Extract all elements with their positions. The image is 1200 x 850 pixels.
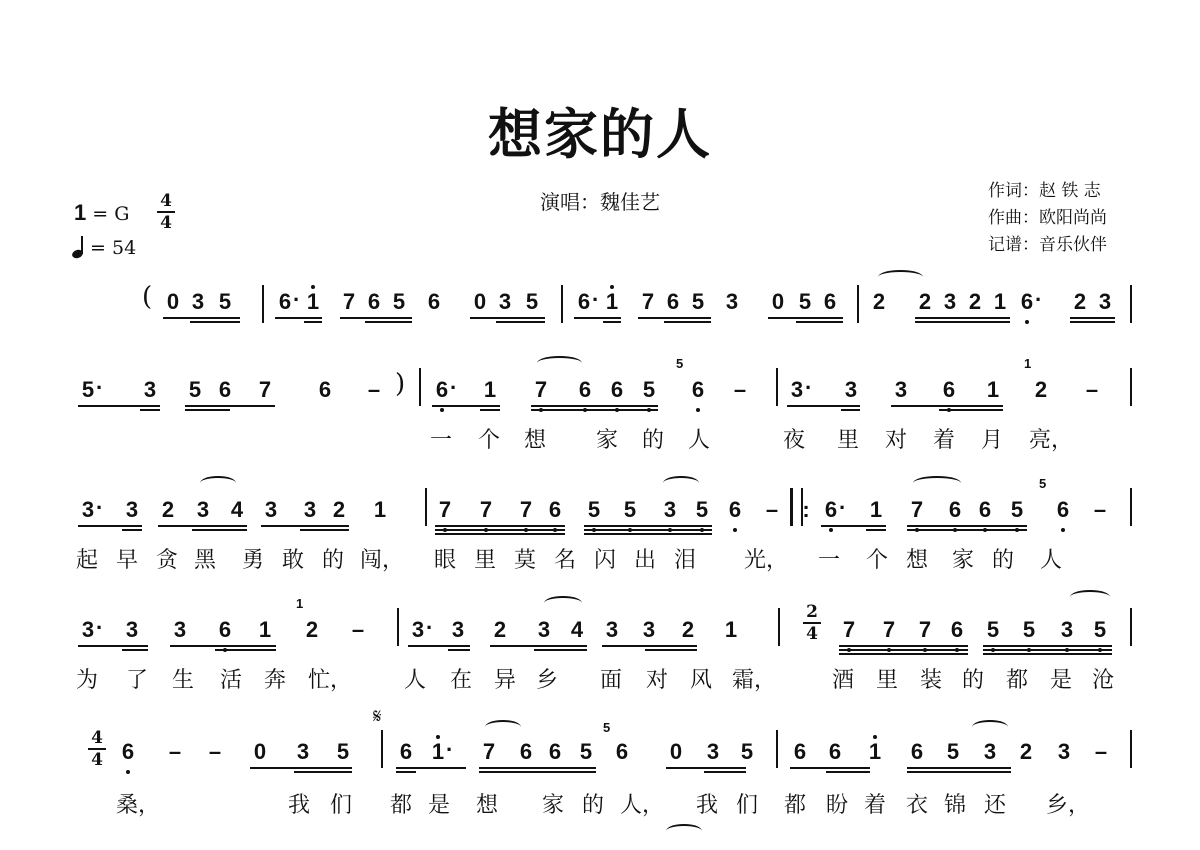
note: 6 [822, 290, 838, 314]
grace-note: 1 [1024, 356, 1031, 371]
lyric-char: 的 [642, 428, 664, 454]
note: 2 [331, 498, 347, 522]
underline-beam [907, 767, 1011, 769]
lyric-char: 活 [220, 668, 242, 694]
underline-beam [584, 525, 712, 527]
note: 7 [341, 290, 357, 314]
barline [776, 730, 778, 768]
underline-beam [396, 767, 466, 769]
underline-beam [839, 645, 968, 647]
grace-note: 5 [1039, 476, 1046, 491]
underline-beam [294, 771, 352, 773]
underline-beam [839, 649, 968, 651]
lyric-char: 面 [600, 668, 622, 694]
barline [1130, 285, 1132, 323]
underline-beam [839, 653, 968, 655]
underline-beam [1070, 321, 1115, 323]
augmentation-dot: · [839, 496, 846, 520]
underline-beam [939, 409, 1003, 411]
low-octave-dot [440, 408, 444, 412]
barline [262, 285, 264, 323]
slur [200, 476, 236, 490]
note: 2 [304, 618, 320, 642]
underline-beam [300, 529, 349, 531]
note: 0 [668, 740, 684, 764]
lyric-char: 家 [542, 793, 564, 819]
note: 6 [609, 378, 625, 402]
underline-beam [158, 525, 247, 527]
note: 7 [481, 740, 497, 764]
underline-beam [584, 533, 712, 535]
underline-beam [78, 645, 148, 647]
underline-beam [408, 645, 470, 647]
note: 6 [1055, 498, 1071, 522]
time-sig-bottom: 4 [806, 624, 818, 644]
lyric-char: 勇 [242, 548, 264, 574]
note: 0 [770, 290, 786, 314]
barline [397, 608, 399, 646]
note: 6 [547, 740, 563, 764]
barline [561, 285, 563, 323]
low-octave-dot [829, 528, 833, 532]
lyric-char: 里 [474, 548, 496, 574]
augmentation-dot: · [96, 496, 103, 520]
note: 3 [724, 290, 740, 314]
lyric-char: 亮， [1029, 428, 1073, 454]
note: 0 [472, 290, 488, 314]
lyricist-credit: 作词：赵 铁 志 [988, 178, 1107, 205]
barline [776, 368, 778, 406]
underline-beam [603, 321, 621, 323]
note: 6 [217, 618, 233, 642]
underline-beam [215, 649, 276, 651]
note: 1 [868, 498, 884, 522]
note: 3· [80, 618, 96, 642]
underline-beam [490, 645, 587, 647]
underline-beam [340, 317, 412, 319]
note: 5 [391, 290, 407, 314]
time-sig-top: 4 [160, 191, 172, 211]
note: 6 [947, 498, 963, 522]
note: 1 [985, 378, 1001, 402]
paren-open: ( [142, 282, 152, 312]
lyric-char: 想 [476, 793, 498, 819]
underline-beam [796, 321, 843, 323]
note: 6· [1019, 290, 1035, 314]
key-value: = G [86, 203, 129, 225]
note: 7 [518, 498, 534, 522]
note: 5 [797, 290, 813, 314]
high-octave-dot [436, 735, 440, 739]
lyric-char: 衣 [906, 793, 928, 819]
note: 3 [190, 290, 206, 314]
note: 5 [945, 740, 961, 764]
underline-beam [915, 317, 1010, 319]
note: 5 [578, 740, 594, 764]
note: 3 [843, 378, 859, 402]
slur [878, 270, 923, 284]
lyric-char: 眼 [434, 548, 456, 574]
note: 6 [792, 740, 808, 764]
underline-beam [787, 405, 860, 407]
time-signature: 4 4 [157, 192, 175, 232]
lyric-char: 对 [646, 668, 668, 694]
lyric-char: 都 [784, 793, 806, 819]
note: 6 [690, 378, 706, 402]
time-sig-top: 4 [91, 728, 103, 748]
time-signature-change: 24 [803, 603, 821, 643]
low-octave-dot [733, 528, 737, 532]
note: 3 [1059, 618, 1075, 642]
tempo-value: = 54 [84, 237, 136, 259]
lyric-char: 黑 [194, 548, 216, 574]
underline-beam [664, 321, 711, 323]
lyric-char: 莫 [514, 548, 536, 574]
grace-note: 5 [676, 356, 683, 371]
lyric-char: 为 [76, 668, 98, 694]
lyric-char: 还 [984, 793, 1006, 819]
note: – [350, 618, 366, 642]
note: 3· [789, 378, 805, 402]
note: 6 [665, 290, 681, 314]
underline-beam [704, 771, 746, 773]
lyric-char: 夜 [783, 428, 805, 454]
barline [1130, 488, 1132, 526]
barline [1130, 730, 1132, 768]
lyric-char: 风 [690, 668, 712, 694]
underline-beam [907, 525, 1027, 527]
low-octave-dot [1061, 528, 1065, 532]
underline-beam [531, 405, 658, 407]
note: – [764, 498, 780, 522]
lyric-char: 异 [494, 668, 516, 694]
lyric-char: 月 [981, 428, 1003, 454]
lyric-char: 酒 [832, 668, 854, 694]
note: 3 [893, 378, 909, 402]
grace-note: 5 [603, 720, 610, 735]
lyric-char: 早 [116, 548, 138, 574]
note: 6· [434, 378, 450, 402]
underline-beam [479, 771, 596, 773]
note: 7 [640, 290, 656, 314]
page-title: 想家的人 [0, 92, 1200, 169]
lyric-char: 闪 [594, 548, 616, 574]
augmentation-dot: · [450, 376, 457, 400]
note: 2 [1018, 740, 1034, 764]
lyric-char: 的 [582, 793, 604, 819]
transcriber-credit: 记谱：音乐伙伴 [988, 232, 1107, 259]
barline [425, 488, 427, 526]
note: 1 [257, 618, 273, 642]
time-sig-bottom: 4 [91, 750, 103, 770]
note: 7 [917, 618, 933, 642]
lyric-char: 想 [906, 548, 928, 574]
slur [913, 476, 961, 490]
lyric-char: 装 [920, 668, 942, 694]
note: 3 [172, 618, 188, 642]
note: – [366, 378, 382, 402]
lyric-char: 光， [744, 548, 788, 574]
note: 1 [372, 498, 388, 522]
lyric-char: 锦 [944, 793, 966, 819]
note: 1 [305, 290, 321, 314]
underline-beam [185, 405, 275, 407]
lyric-char: 家 [952, 548, 974, 574]
note: 3 [705, 740, 721, 764]
note: 3 [195, 498, 211, 522]
time-sig-bottom: 4 [160, 213, 172, 233]
note: 1 [992, 290, 1008, 314]
composer-credit: 作曲：欧阳尚尚 [988, 205, 1107, 232]
high-octave-dot [873, 735, 877, 739]
lyric-char: 们 [736, 793, 758, 819]
note: 6 [547, 498, 563, 522]
underline-beam [435, 533, 565, 535]
note: 3 [942, 290, 958, 314]
note: 5 [217, 290, 233, 314]
slur [1070, 590, 1110, 604]
lyric-char: 一 [430, 428, 452, 454]
underline-beam [78, 405, 160, 407]
underline-beam [122, 649, 148, 651]
lyric-char: 敢 [282, 548, 304, 574]
lyric-char: 家 [596, 428, 618, 454]
underline-beam [841, 409, 860, 411]
time-sig-top: 2 [806, 602, 818, 622]
note: 7 [478, 498, 494, 522]
note: 6 [941, 378, 957, 402]
segno-icon: 𝄋 [373, 704, 382, 728]
note: 6 [909, 740, 925, 764]
lyric-char: 着 [864, 793, 886, 819]
tempo-marking: = 54 [72, 236, 136, 259]
note: 5 [586, 498, 602, 522]
lyric-char: 是 [1050, 668, 1072, 694]
note: 2 [680, 618, 696, 642]
lyric-char: 们 [330, 793, 352, 819]
note: 4 [229, 498, 245, 522]
note: 7 [437, 498, 453, 522]
lyric-char: 人 [404, 668, 426, 694]
slur [485, 720, 521, 734]
lyric-char: 奔 [264, 668, 286, 694]
barline [857, 285, 859, 323]
augmentation-dot: · [96, 616, 103, 640]
underline-beam [1070, 317, 1115, 319]
underline-beam [496, 321, 545, 323]
underline-beam [907, 529, 1027, 531]
note: 3 [450, 618, 466, 642]
lyric-char: 我 [696, 793, 718, 819]
underline-beam [432, 405, 500, 407]
underline-beam [470, 317, 545, 319]
note: 1 [604, 290, 620, 314]
note: 5 [694, 498, 710, 522]
slur [972, 720, 1008, 734]
note: 6 [577, 378, 593, 402]
lyric-char: 泪 [674, 548, 696, 574]
note: – [1093, 740, 1109, 764]
note: 6 [120, 740, 136, 764]
slur [537, 356, 582, 370]
barline [419, 368, 421, 406]
note: 6 [727, 498, 743, 522]
lyric-char: 在 [450, 668, 472, 694]
note: 5 [1092, 618, 1108, 642]
underline-beam [250, 767, 352, 769]
note: 6· [277, 290, 293, 314]
note: 0 [165, 290, 181, 314]
underline-beam [480, 409, 500, 411]
note: 0 [252, 740, 268, 764]
underline-beam [163, 317, 240, 319]
barline [381, 730, 383, 768]
underline-beam [907, 771, 1011, 773]
note: 3 [142, 378, 158, 402]
note: 3 [1097, 290, 1113, 314]
underline-beam [435, 525, 565, 527]
key-signature: 1 = G [74, 200, 129, 226]
note: 5 [335, 740, 351, 764]
lyric-char: 人 [1040, 548, 1062, 574]
note: 3 [604, 618, 620, 642]
augmentation-dot: · [293, 288, 300, 312]
lyric-char: 出 [634, 548, 656, 574]
lyric-char: 乡， [1046, 793, 1090, 819]
note: 3 [302, 498, 318, 522]
note: 5 [524, 290, 540, 314]
note: 3 [124, 498, 140, 522]
note: 6 [518, 740, 534, 764]
lyric-char: 想 [524, 428, 546, 454]
note: 7 [909, 498, 925, 522]
low-octave-dot [1025, 320, 1029, 324]
note: 5 [1021, 618, 1037, 642]
note: 3 [536, 618, 552, 642]
note: – [1092, 498, 1108, 522]
note: 5 [985, 618, 1001, 642]
underline-beam [983, 653, 1112, 655]
note: 6· [576, 290, 592, 314]
barline [778, 608, 780, 646]
underline-beam [602, 645, 697, 647]
underline-beam [790, 767, 870, 769]
grace-note: 1 [296, 596, 303, 611]
lyric-char: 生 [172, 668, 194, 694]
lyric-char: 对 [885, 428, 907, 454]
underline-beam [140, 409, 160, 411]
lyric-char: 霜， [732, 668, 776, 694]
note: 3 [662, 498, 678, 522]
note: 6 [426, 290, 442, 314]
underline-beam [826, 771, 870, 773]
underline-beam [584, 529, 712, 531]
underline-beam [435, 529, 565, 531]
note: 3 [982, 740, 998, 764]
slur [544, 596, 582, 610]
augmentation-dot: · [96, 376, 103, 400]
lyric-char: 着 [933, 428, 955, 454]
lyric-char: 沧 [1092, 668, 1114, 694]
note: 7 [881, 618, 897, 642]
note: 3· [80, 498, 96, 522]
note: 2 [871, 290, 887, 314]
lyric-char: 起 [76, 548, 98, 574]
underline-beam [534, 649, 587, 651]
underline-beam [185, 409, 230, 411]
underline-beam [866, 529, 886, 531]
note: 6· [823, 498, 839, 522]
augmentation-dot: · [805, 376, 812, 400]
note: 6 [949, 618, 965, 642]
note: 6 [977, 498, 993, 522]
note: 3· [410, 618, 426, 642]
note: 3 [295, 740, 311, 764]
augmentation-dot: · [446, 738, 453, 762]
quarter-note-icon [72, 236, 84, 258]
high-octave-dot [610, 285, 614, 289]
lyric-char: 贪 [156, 548, 178, 574]
credits-block: 作词：赵 铁 志 作曲：欧阳尚尚 记谱：音乐伙伴 [988, 178, 1107, 259]
lyric-char: 忙， [308, 668, 352, 694]
note: 3 [641, 618, 657, 642]
underline-beam [891, 405, 1003, 407]
lyric-char: 都 [1006, 668, 1028, 694]
time-signature-change: 44 [88, 729, 106, 769]
note: 3 [124, 618, 140, 642]
note: 6 [614, 740, 630, 764]
underline-beam [304, 321, 322, 323]
augmentation-dot: · [426, 616, 433, 640]
note: 2 [917, 290, 933, 314]
note: – [207, 740, 223, 764]
note: 1 [867, 740, 883, 764]
note: 3 [263, 498, 279, 522]
lyric-char: 里 [837, 428, 859, 454]
underline-beam [448, 649, 470, 651]
lyric-char: 了 [126, 668, 148, 694]
lyric-char: 个 [478, 428, 500, 454]
note: 5· [80, 378, 96, 402]
slur [663, 476, 699, 490]
note: 2 [492, 618, 508, 642]
underline-beam [821, 525, 886, 527]
underline-beam [983, 649, 1112, 651]
lyric-char: 闯， [360, 548, 404, 574]
note: 5 [622, 498, 638, 522]
note: – [1084, 378, 1100, 402]
note: 5 [690, 290, 706, 314]
note: 1 [723, 618, 739, 642]
note: 5 [641, 378, 657, 402]
underline-beam [192, 529, 247, 531]
underline-beam [666, 767, 746, 769]
lyric-char: 的 [322, 548, 344, 574]
lyric-char: 的 [962, 668, 984, 694]
underline-beam [261, 525, 349, 527]
underline-beam [396, 771, 416, 773]
lyric-char: 是 [428, 793, 450, 819]
note: 6 [827, 740, 843, 764]
underline-beam [190, 321, 240, 323]
lyric-char: 乡 [536, 668, 558, 694]
lyric-char: 的 [992, 548, 1014, 574]
note: 6 [217, 378, 233, 402]
augmentation-dot: · [1035, 288, 1042, 312]
barline [1130, 368, 1132, 406]
underline-beam [645, 649, 697, 651]
underline-beam [122, 529, 142, 531]
